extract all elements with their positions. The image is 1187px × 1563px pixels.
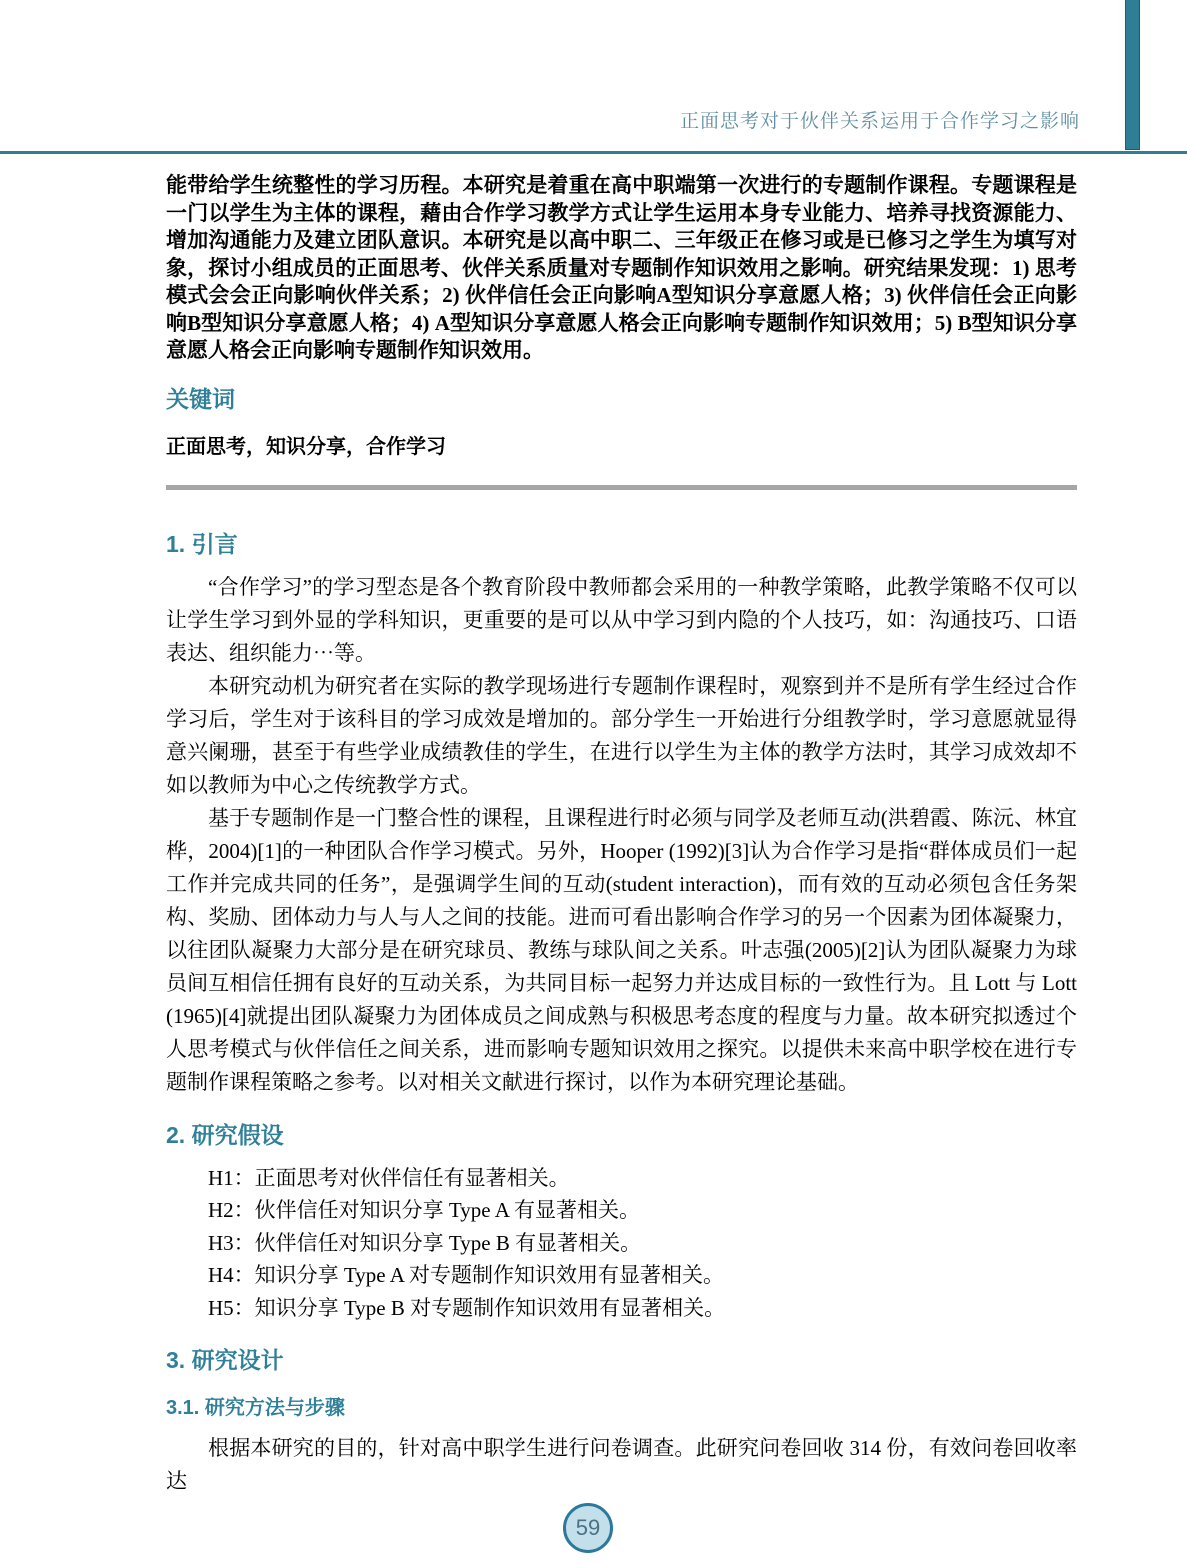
section-heading-design: 3. 研究设计 <box>166 1342 1077 1375</box>
header-rule <box>0 151 1187 154</box>
intro-paragraph-1: “合作学习”的学习型态是各个教育阶段中教师都会采用的一种教学策略，此教学策略不仅… <box>166 571 1077 670</box>
page-content: 能带给学生统整性的学习历程。本研究是着重在高中职端第一次进行的专题制作课程。专题… <box>166 172 1077 1498</box>
section-heading-hypotheses: 2. 研究假设 <box>166 1117 1077 1150</box>
design-paragraph: 根据本研究的目的，针对高中职学生进行问卷调查。此研究问卷回收 314 份，有效问… <box>166 1432 1077 1498</box>
hypotheses-list: H1：正面思考对伙伴信任有显著相关。 H2：伙伴信任对知识分享 Type A 有… <box>166 1162 1077 1325</box>
hypothesis-item-h5: H5：知识分享 Type B 对专题制作知识效用有显著相关。 <box>166 1292 1077 1325</box>
hypothesis-item-h4: H4：知识分享 Type A 对专题制作知识效用有显著相关。 <box>166 1259 1077 1292</box>
abstract-text: 能带给学生统整性的学习历程。本研究是着重在高中职端第一次进行的专题制作课程。专题… <box>166 172 1077 365</box>
section-divider <box>166 485 1077 490</box>
keywords-text: 正面思考，知识分享，合作学习 <box>166 430 1077 459</box>
corner-accent-bar <box>1125 0 1140 150</box>
hypothesis-item-h1: H1：正面思考对伙伴信任有显著相关。 <box>166 1162 1077 1195</box>
hypothesis-item-h2: H2：伙伴信任对知识分享 Type A 有显著相关。 <box>166 1194 1077 1227</box>
keywords-heading: 关键词 <box>166 381 1077 414</box>
page-number: 59 <box>576 1515 600 1541</box>
hypothesis-item-h3: H3：伙伴信任对知识分享 Type B 有显著相关。 <box>166 1227 1077 1260</box>
running-title: 正面思考对于伙伴关系运用于合作学习之影响 <box>0 106 1080 133</box>
page-number-badge: 59 <box>563 1503 613 1553</box>
section-heading-introduction: 1. 引言 <box>166 526 1077 559</box>
intro-paragraph-2: 本研究动机为研究者在实际的教学现场进行专题制作课程时，观察到并不是所有学生经过合… <box>166 670 1077 802</box>
paper-page: 正面思考对于伙伴关系运用于合作学习之影响 能带给学生统整性的学习历程。本研究是着… <box>0 0 1187 1563</box>
subsection-heading-method: 3.1. 研究方法与步骤 <box>166 1391 1077 1420</box>
intro-paragraph-3: 基于专题制作是一门整合性的课程，且课程进行时必须与同学及老师互动(洪碧霞、陈沅、… <box>166 802 1077 1099</box>
